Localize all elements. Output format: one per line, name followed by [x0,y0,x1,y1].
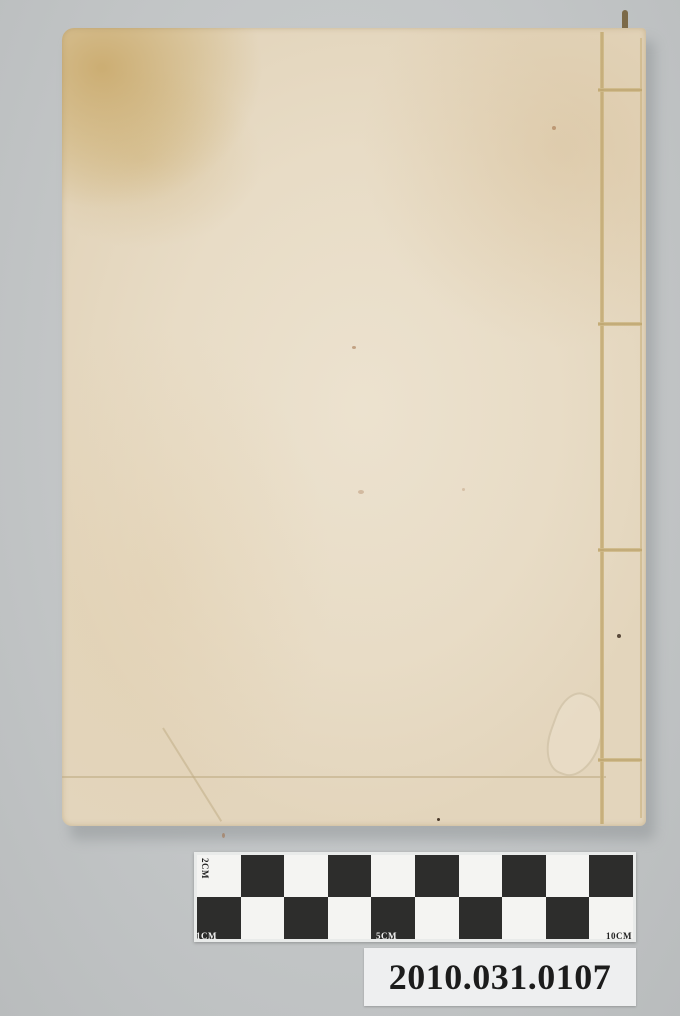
book-cover [62,28,646,826]
scale-cell [459,855,503,897]
foxing-spot [437,818,440,821]
bottom-fold-line [62,776,606,778]
scale-cell [502,897,546,939]
binding-stitch-1 [598,88,642,92]
scale-label-1cm: 1CM [196,931,217,941]
scale-label-10cm: 10CM [606,931,632,941]
scale-cell [241,897,285,939]
binding-thread-tip [622,10,628,28]
spine-edge-line [640,38,642,818]
measurement-scale-bar: 2CM 1CM 5CM 10CM [194,852,636,942]
foxing-spot [358,490,364,494]
catalog-number-label: 2010.031.0107 [364,948,636,1006]
foxing-spot [617,634,621,638]
catalog-number: 2010.031.0107 [389,956,612,998]
scale-cell [546,897,590,939]
scale-cell [459,897,503,939]
scale-cell [589,855,633,897]
binding-stitch-2 [598,322,642,326]
scale-cell [502,855,546,897]
corner-crease [162,727,222,821]
scale-cell [328,855,372,897]
spine-binding-line [600,32,604,824]
foxing-spot [222,833,225,838]
foxing-spot [352,346,356,349]
foxing-spot [552,126,556,130]
binding-stitch-4 [598,758,642,762]
scale-label-2cm: 2CM [200,858,210,879]
scale-cell [284,897,328,939]
scale-cell [415,855,459,897]
scale-cell [415,897,459,939]
scale-cell [328,897,372,939]
scale-checkerboard [197,855,633,939]
binding-stitch-3 [598,548,642,552]
scale-cell [241,855,285,897]
foxing-spot [462,488,465,491]
scale-cell [284,855,328,897]
scale-cell [546,855,590,897]
scale-cell [371,855,415,897]
scale-label-5cm: 5CM [376,931,397,941]
